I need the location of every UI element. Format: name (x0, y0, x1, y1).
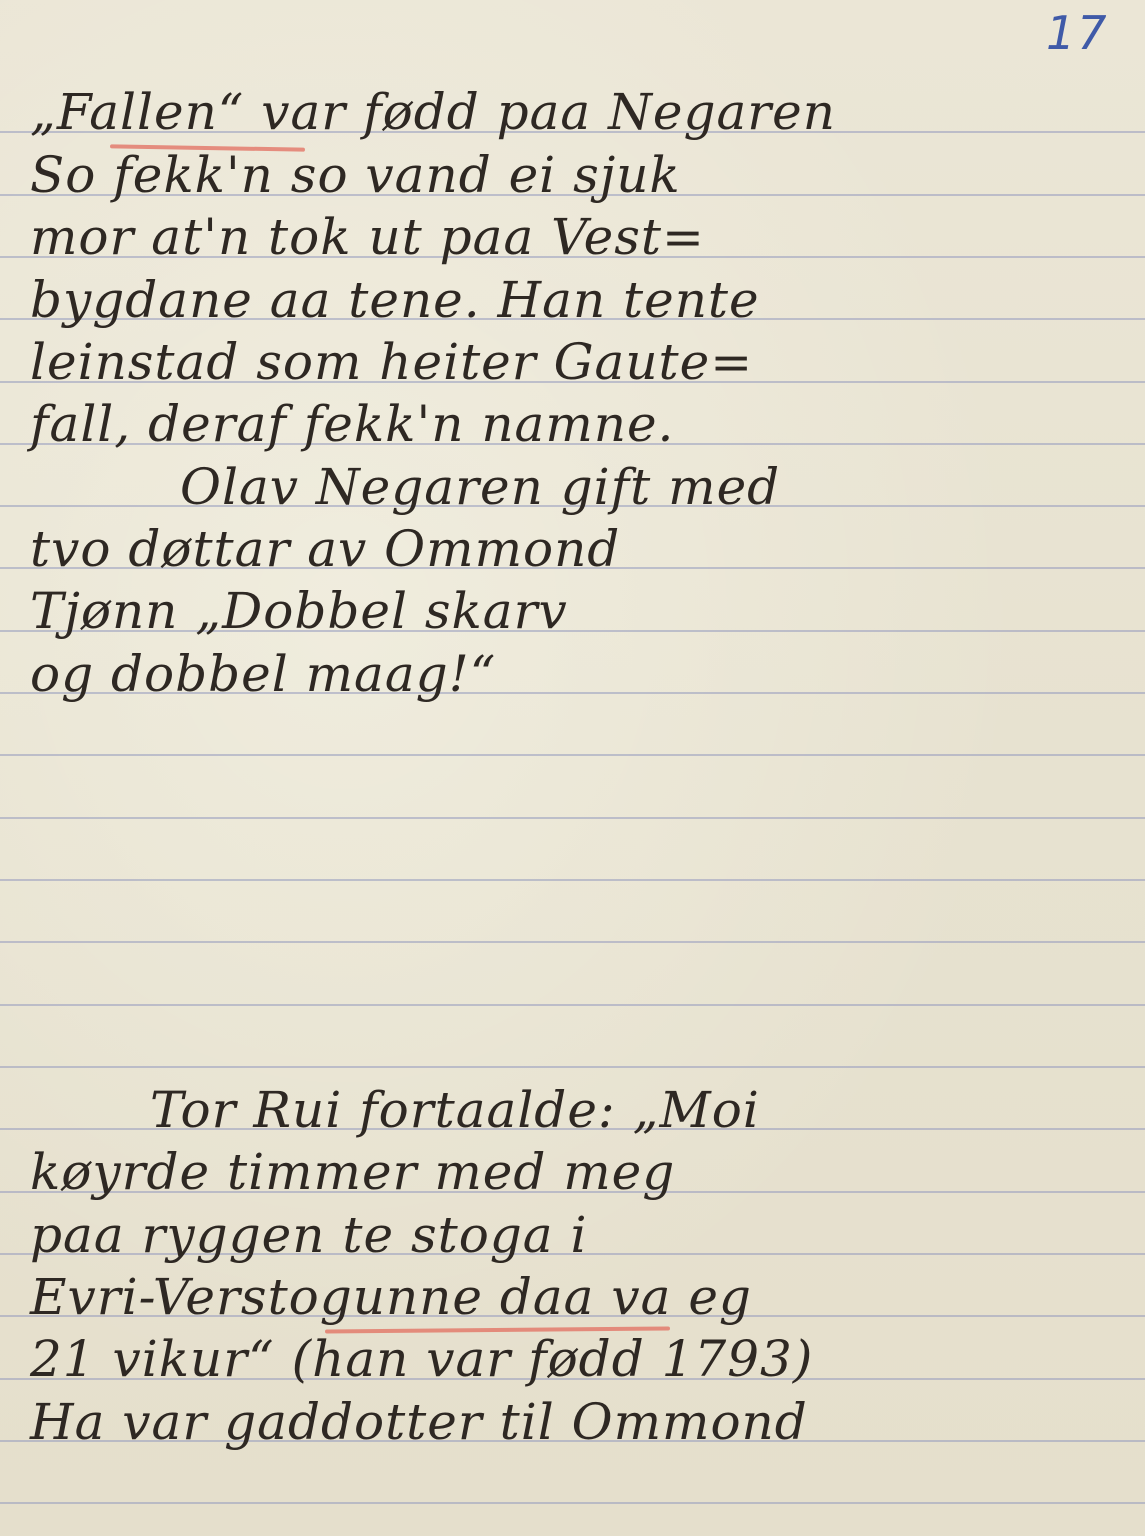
text-line: Tor Rui fortaalde: „Moi (150, 1080, 1145, 1140)
ruled-line (0, 879, 1145, 881)
text-line: So fekk'n so vand ei sjuk (30, 145, 1120, 205)
page-number: 17 (1046, 6, 1109, 60)
text-line: Evri-Verstogunne daa va eg (30, 1267, 1120, 1327)
text-line: 21 vikur“ (han var fødd 1793) (30, 1329, 1120, 1389)
text-line: fall, deraf fekk'n namne. (30, 394, 1120, 454)
text-line: køyrde timmer med meg (30, 1142, 1120, 1202)
ruled-line (0, 1004, 1145, 1006)
text-line: Ha var gaddotter til Ommond (30, 1392, 1120, 1452)
text-line: bygdane aa tene. Han tente (30, 270, 1120, 330)
ruled-line (0, 1066, 1145, 1068)
notebook-page: ​ 17 „Fallen“ var fødd paa Negaren So fe… (0, 0, 1145, 1536)
text-line: leinstad som heiter Gaute= (30, 332, 1120, 392)
ruled-line (0, 1502, 1145, 1504)
text-line: „Fallen“ var fødd paa Negaren (30, 82, 1120, 142)
text-line: Olav Negaren gift med (180, 457, 1145, 517)
text-line: tvo døttar av Ommond (30, 519, 1120, 579)
text-line: mor at'n tok ut paa Vest= (30, 207, 1120, 267)
text-line: Tjønn „Dobbel skarv (30, 581, 1120, 641)
ruled-line (0, 817, 1145, 819)
text-line: og dobbel maag!“ (30, 644, 1120, 704)
ruled-line (0, 941, 1145, 943)
bleed-through-text: ​ (80, 700, 1130, 760)
text-line: paa ryggen te stoga i (30, 1205, 1120, 1265)
